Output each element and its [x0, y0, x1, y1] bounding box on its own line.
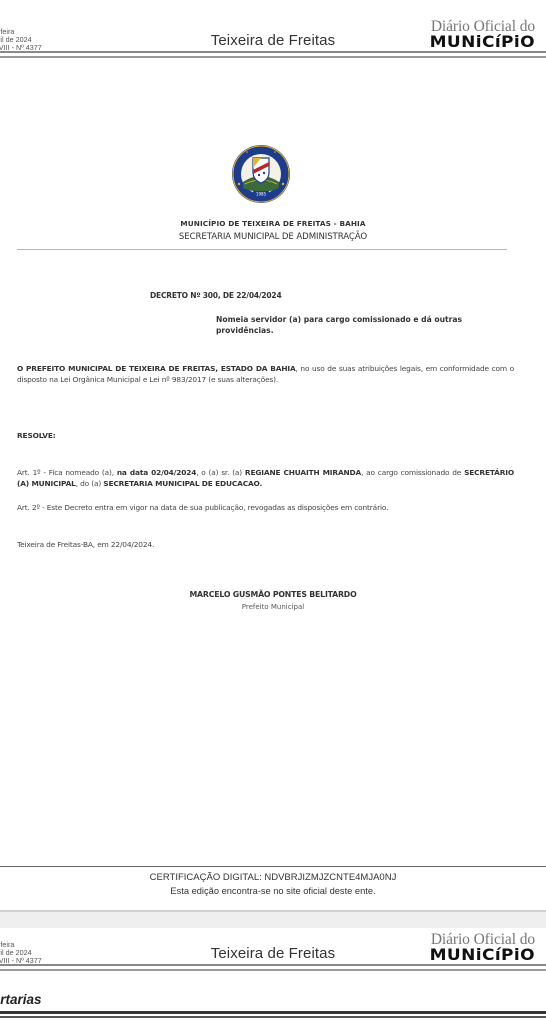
- preamble-paragraph: O PREFEITO MUNICIPAL DE TEIXEIRA DE FREI…: [17, 363, 514, 385]
- art1-department: SECRETARIA MUNICIPAL DE EDUCACAO.: [103, 479, 262, 488]
- diario-oficial-logo: Diário Oficial do MUNiCíPiO: [430, 19, 535, 51]
- signatory-role: Prefeito Municipal: [0, 603, 546, 611]
- page-header: a-feira bril de 2024 XVIII - Nº 4377 Tei…: [0, 0, 546, 60]
- document-page-1: a-feira bril de 2024 XVIII - Nº 4377 Tei…: [0, 0, 546, 912]
- article-1: Art. 1º - Fica nomeado (a), na data 02/0…: [17, 467, 514, 489]
- header-double-rule: [0, 51, 546, 58]
- preamble-authority: O PREFEITO MUNICIPAL DE TEIXEIRA DE FREI…: [17, 364, 296, 373]
- art1-prefix: Art. 1º - Fica nomeado (a),: [17, 468, 117, 477]
- document-page-2: a-feira bril de 2024 XVIII - Nº 4377 Tei…: [0, 928, 546, 1024]
- brand-bottom-text: MUNiCíPiO: [430, 947, 535, 963]
- heading-divider: [17, 249, 507, 250]
- art1-text: , o (a) sr. (a): [196, 468, 245, 477]
- brand-bottom-text: MUNiCíPiO: [430, 34, 535, 50]
- edition-note: Esta edição encontra-se no site oficial …: [0, 886, 546, 896]
- art1-text-2: , ao cargo comissionado de: [361, 468, 464, 477]
- section-rule: [0, 1011, 546, 1018]
- art1-appointee-name: REGIANE CHUAITH MIRANDA: [245, 468, 361, 477]
- secretariat-heading: SECRETARIA MUNICIPAL DE ADMINISTRAÇÃO: [0, 232, 546, 242]
- place-date: Teixeira de Freitas-BA, em 22/04/2024.: [17, 539, 514, 550]
- signatory-name: MARCELO GUSMÃO PONTES BELITARDO: [0, 590, 546, 599]
- page-edge: [0, 910, 546, 912]
- digital-certification: CERTIFICAÇÃO DIGITAL: NDVBRJIZMJZCNTE4MJ…: [0, 872, 546, 883]
- decree-title: DECRETO Nº 300, DE 22/04/2024: [150, 291, 281, 300]
- municipal-seal-icon: 1985: [231, 140, 291, 208]
- article-2: Art. 2º - Este Decreto entra em vigor na…: [17, 502, 514, 513]
- footer-rule: [0, 866, 546, 867]
- svg-text:1985: 1985: [256, 191, 267, 196]
- section-title-portarias: ortarias: [0, 992, 42, 1007]
- municipality-heading: MUNICÍPIO DE TEIXEIRA DE FREITAS - BAHIA: [0, 219, 546, 228]
- diario-oficial-logo: Diário Oficial do MUNiCíPiO: [430, 932, 535, 964]
- art1-text-3: , do (a): [76, 479, 104, 488]
- art1-date: na data 02/04/2024: [117, 468, 196, 477]
- header-double-rule: [0, 964, 546, 971]
- decree-summary: Nomeia servidor (a) para cargo comission…: [216, 314, 516, 336]
- page-header: a-feira bril de 2024 XVIII - Nº 4377 Tei…: [0, 928, 546, 988]
- resolve-heading: RESOLVE:: [17, 430, 514, 441]
